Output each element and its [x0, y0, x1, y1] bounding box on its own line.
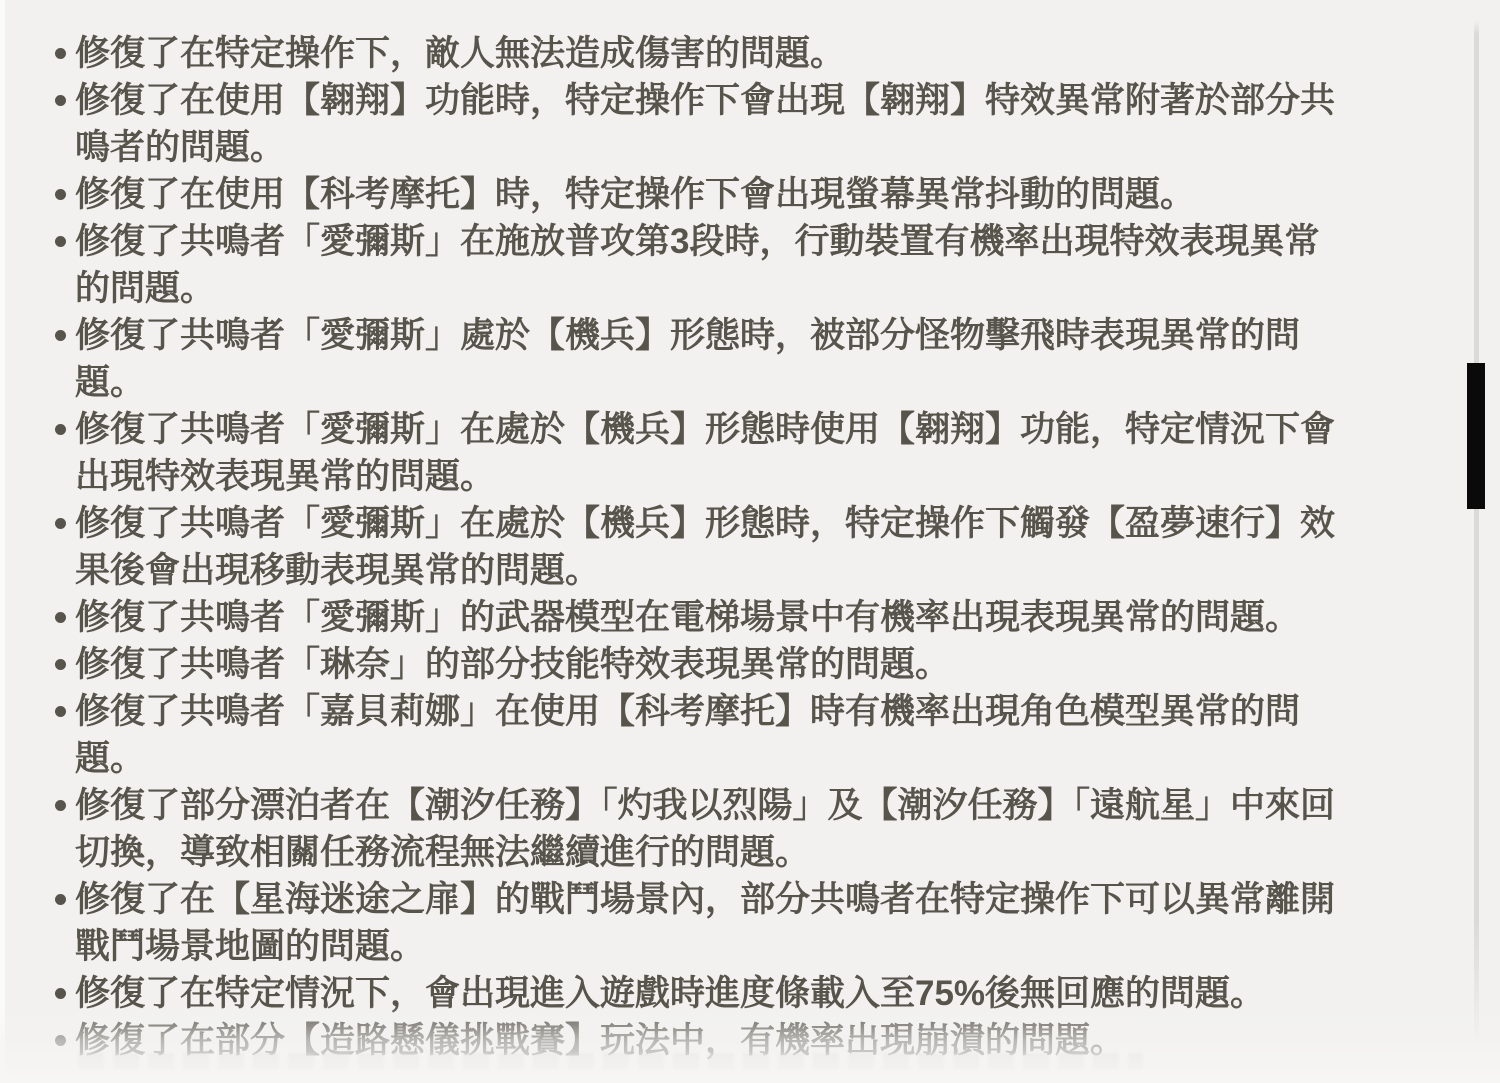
list-item-text: 修復了在使用【科考摩托】時，特定操作下會出現螢幕異常抖動的問題。: [75, 175, 1195, 214]
patch-notes-list: 修復了在特定操作下，敵人無法造成傷害的問題。 修復了在使用【翱翔】功能時，特定操…: [55, 30, 1339, 1064]
list-item: 修復了共鳴者「愛彌斯」處於【機兵】形態時，被部分怪物擊飛時表現異常的問題。: [55, 312, 1339, 406]
bullet-icon: [55, 800, 66, 811]
bullet-icon: [55, 518, 66, 529]
bullet-icon: [55, 330, 66, 341]
bullet-icon: [55, 48, 66, 59]
scrollbar-thumb[interactable]: [1467, 363, 1485, 509]
scrollbar-track[interactable]: [1474, 20, 1479, 1045]
list-item-text: 修復了共鳴者「愛彌斯」在施放普攻第3段時，行動裝置有機率出現特效表現異常的問題。: [75, 222, 1319, 308]
bullet-icon: [55, 236, 66, 247]
list-item-text: 修復了共鳴者「愛彌斯」在處於【機兵】形態時，特定操作下觸發【盈夢速行】效果後會出…: [75, 504, 1335, 590]
bullet-icon: [55, 189, 66, 200]
list-item: 修復了在特定情況下，會出現進入遊戲時進度條載入至75%後無回應的問題。: [55, 970, 1339, 1017]
list-item-text: 修復了在特定情況下，會出現進入遊戲時進度條載入至75%後無回應的問題。: [75, 974, 1265, 1013]
list-item: 修復了在【星海迷途之扉】的戰鬥場景內，部分共鳴者在特定操作下可以異常離開戰鬥場景…: [55, 876, 1339, 970]
left-edge-strip: [0, 0, 5, 1083]
bullet-icon: [55, 612, 66, 623]
list-item-text: 修復了共鳴者「琳奈」的部分技能特效表現異常的問題。: [75, 645, 950, 684]
bullet-icon: [55, 659, 66, 670]
partially-visible-line: [78, 1053, 1143, 1070]
patch-notes-panel: 修復了在特定操作下，敵人無法造成傷害的問題。 修復了在使用【翱翔】功能時，特定操…: [0, 0, 1500, 1083]
list-item: 修復了共鳴者「愛彌斯」在施放普攻第3段時，行動裝置有機率出現特效表現異常的問題。: [55, 218, 1339, 312]
bullet-icon: [55, 894, 66, 905]
list-item: 修復了在特定操作下，敵人無法造成傷害的問題。: [55, 30, 1339, 77]
list-item-text: 修復了在使用【翱翔】功能時，特定操作下會出現【翱翔】特效異常附著於部分共鳴者的問…: [75, 81, 1335, 167]
bullet-icon: [55, 988, 66, 999]
list-item-text: 修復了共鳴者「嘉貝莉娜」在使用【科考摩托】時有機率出現角色模型異常的問題。: [75, 692, 1300, 778]
list-item-text: 修復了共鳴者「愛彌斯」處於【機兵】形態時，被部分怪物擊飛時表現異常的問題。: [75, 316, 1300, 402]
bullet-icon: [55, 1035, 66, 1046]
list-item: 修復了共鳴者「琳奈」的部分技能特效表現異常的問題。: [55, 641, 1339, 688]
bullet-icon: [55, 424, 66, 435]
list-item-text: 修復了在【星海迷途之扉】的戰鬥場景內，部分共鳴者在特定操作下可以異常離開戰鬥場景…: [75, 880, 1335, 966]
list-item-text: 修復了部分漂泊者在【潮汐任務】「灼我以烈陽」及【潮汐任務】「遠航星」中來回切換，…: [75, 786, 1335, 872]
list-item: 修復了在使用【翱翔】功能時，特定操作下會出現【翱翔】特效異常附著於部分共鳴者的問…: [55, 77, 1339, 171]
list-item-text: 修復了共鳴者「愛彌斯」在處於【機兵】形態時使用【翱翔】功能，特定情況下會出現特效…: [75, 410, 1335, 496]
list-item: 修復了在使用【科考摩托】時，特定操作下會出現螢幕異常抖動的問題。: [55, 171, 1339, 218]
list-item-text: 修復了共鳴者「愛彌斯」的武器模型在電梯場景中有機率出現表現異常的問題。: [75, 598, 1300, 637]
list-item: 修復了共鳴者「嘉貝莉娜」在使用【科考摩托】時有機率出現角色模型異常的問題。: [55, 688, 1339, 782]
bullet-icon: [55, 95, 66, 106]
list-item-text: 修復了在特定操作下，敵人無法造成傷害的問題。: [75, 34, 845, 73]
list-item: 修復了部分漂泊者在【潮汐任務】「灼我以烈陽」及【潮汐任務】「遠航星」中來回切換，…: [55, 782, 1339, 876]
list-item: 修復了共鳴者「愛彌斯」在處於【機兵】形態時使用【翱翔】功能，特定情況下會出現特效…: [55, 406, 1339, 500]
list-item: 修復了共鳴者「愛彌斯」的武器模型在電梯場景中有機率出現表現異常的問題。: [55, 594, 1339, 641]
list-item: 修復了共鳴者「愛彌斯」在處於【機兵】形態時，特定操作下觸發【盈夢速行】效果後會出…: [55, 500, 1339, 594]
bullet-icon: [55, 706, 66, 717]
